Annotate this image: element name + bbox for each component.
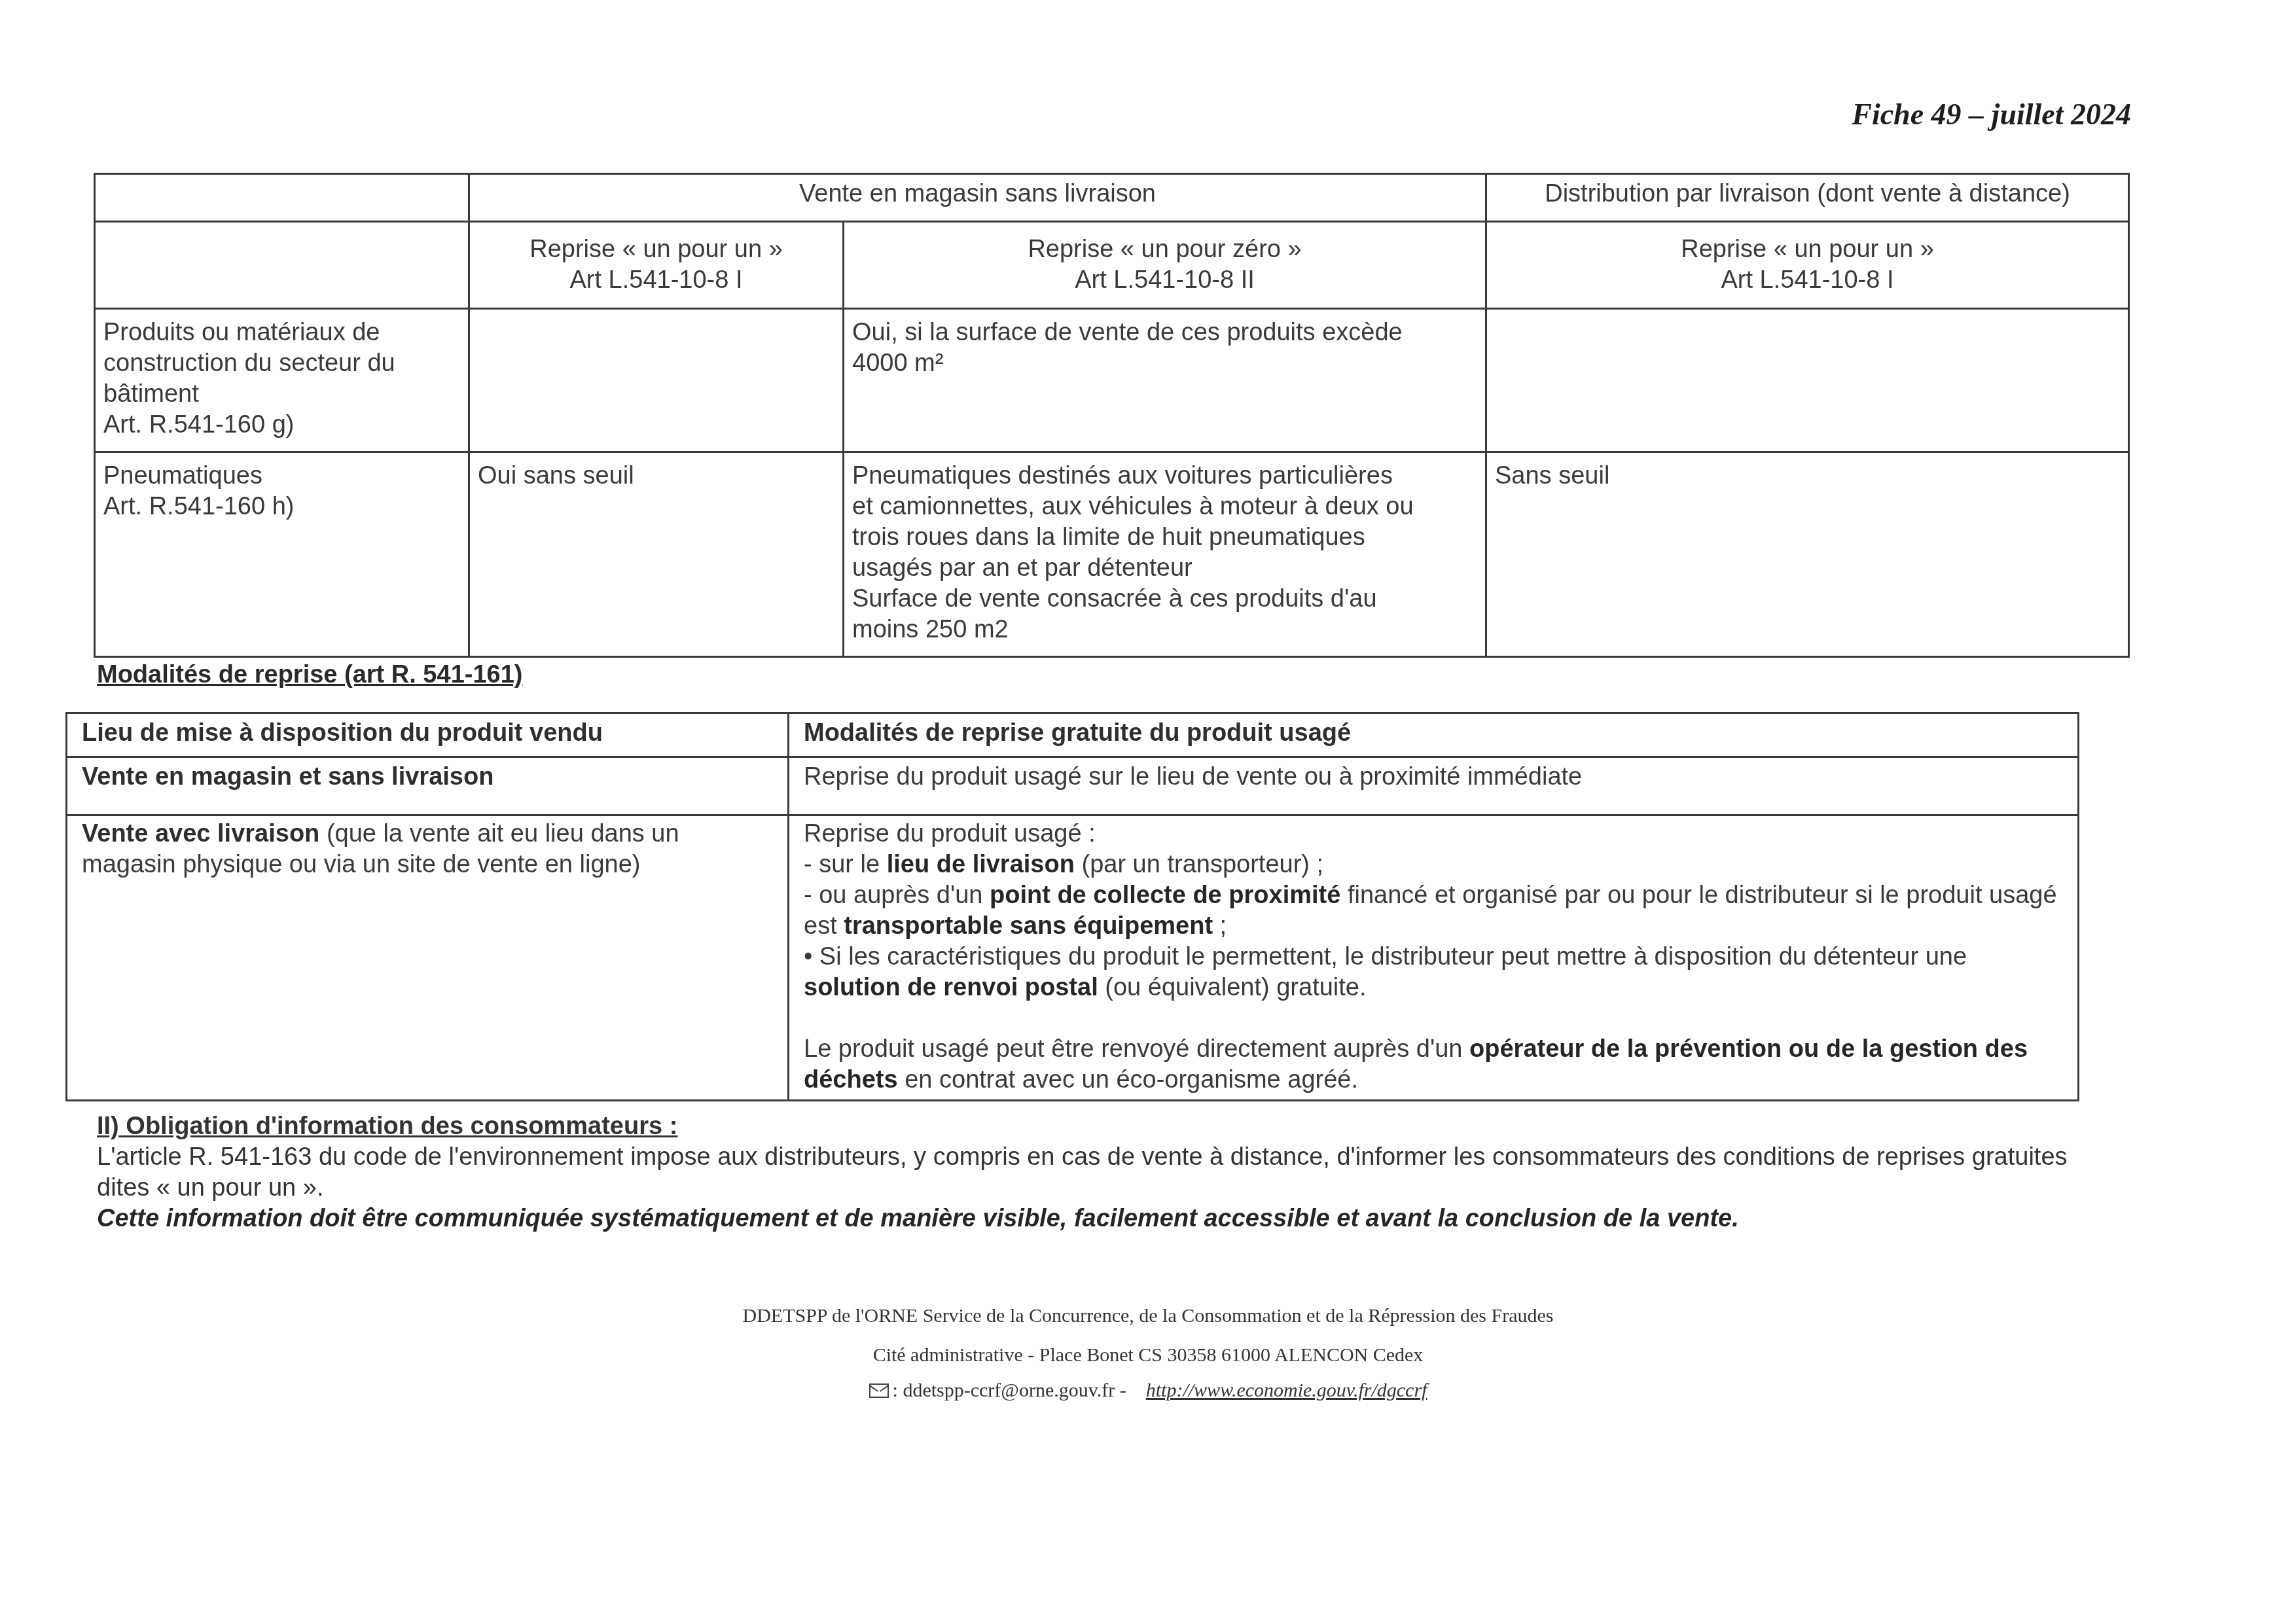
- un-pour-zero-cell: Pneumatiques destinés aux voitures parti…: [844, 452, 1486, 657]
- table-sub-header-row: Reprise « un pour un »Art L.541-10-8 I R…: [95, 222, 2129, 309]
- empty-corner-cell: [95, 222, 469, 309]
- un-pour-un-cell: Oui sans seuil: [469, 452, 844, 657]
- table-row: Vente en magasin et sans livraison Repri…: [67, 757, 2079, 815]
- sub-header-un-pour-zero: Reprise « un pour zéro »Art L.541-10-8 I…: [844, 222, 1486, 309]
- livraison-cell: [1486, 309, 2129, 452]
- footer-service: DDETSPP de l'ORNE Service de la Concurre…: [0, 1305, 2296, 1327]
- header-place: Lieu de mise à disposition du produit ve…: [67, 713, 789, 757]
- place-cell: Vente en magasin et sans livraison: [67, 757, 789, 815]
- bullet-collection-point: - ou auprès d'un point de collecte de pr…: [804, 880, 2063, 942]
- footer-contact: : ddetspp-ccrf@orne.gouv.fr -http://www.…: [0, 1380, 2296, 1402]
- group-header-in-store: Vente en magasin sans livraison: [469, 174, 1486, 222]
- obligation-section: II) Obligation d'information des consomm…: [97, 1111, 2100, 1234]
- table-group-header-row: Vente en magasin sans livraison Distribu…: [95, 174, 2129, 222]
- footer-url-link[interactable]: http://www.economie.gouv.fr/dgccrf: [1146, 1380, 1427, 1401]
- livraison-cell: Sans seuil: [1486, 452, 2129, 657]
- header-terms: Modalités de reprise gratuite du produit…: [789, 713, 2079, 757]
- table-row: Pneumatiques Art. R.541-160 h) Oui sans …: [95, 452, 2129, 657]
- place-cell: Vente avec livraison (que la vente ait e…: [67, 815, 789, 1101]
- row-label-cell: Produits ou matériaux de construction du…: [95, 309, 469, 452]
- footer-address: Cité administrative - Place Bonet CS 303…: [0, 1344, 2296, 1366]
- un-pour-zero-cell: Oui, si la surface de vente de ces produ…: [844, 309, 1486, 452]
- terms-cell: Reprise du produit usagé sur le lieu de …: [789, 757, 2079, 815]
- footer-email[interactable]: : ddetspp-ccrf@orne.gouv.fr -: [893, 1380, 1126, 1401]
- bullet-delivery-place: - sur le lieu de livraison (par un trans…: [804, 849, 2063, 880]
- fiche-label: Fiche 49 – juillet 2024: [1852, 97, 2131, 132]
- section-title-modalites: Modalités de reprise (art R. 541-161): [97, 661, 522, 689]
- obligation-text: L'article R. 541-163 du code de l'enviro…: [97, 1142, 2100, 1204]
- bullet-postal-return: • Si les caractéristiques du produit le …: [804, 942, 2063, 1003]
- envelope-icon: [869, 1383, 889, 1398]
- group-header-delivery: Distribution par livraison (dont vente à…: [1486, 174, 2129, 222]
- modalites-table: Lieu de mise à disposition du produit ve…: [65, 712, 2079, 1101]
- obligation-emphasis: Cette information doit être communiquée …: [97, 1204, 2100, 1234]
- sub-header-livraison: Reprise « un pour un »Art L.541-10-8 I: [1486, 222, 2129, 309]
- empty-corner-cell: [95, 174, 469, 222]
- obligation-title: II) Obligation d'information des consomm…: [97, 1111, 2100, 1142]
- sub-header-un-pour-un: Reprise « un pour un »Art L.541-10-8 I: [469, 222, 844, 309]
- table-header-row: Lieu de mise à disposition du produit ve…: [67, 713, 2079, 757]
- table-row: Vente avec livraison (que la vente ait e…: [67, 815, 2079, 1101]
- terms-cell: Reprise du produit usagé : - sur le lieu…: [789, 815, 2079, 1101]
- reprise-obligations-table: Vente en magasin sans livraison Distribu…: [94, 173, 2130, 658]
- row-label-cell: Pneumatiques Art. R.541-160 h): [95, 452, 469, 657]
- table-row: Produits ou matériaux de construction du…: [95, 309, 2129, 452]
- paragraph-direct-return: Le produit usagé peut être renvoyé direc…: [804, 1034, 2063, 1096]
- un-pour-un-cell: [469, 309, 844, 452]
